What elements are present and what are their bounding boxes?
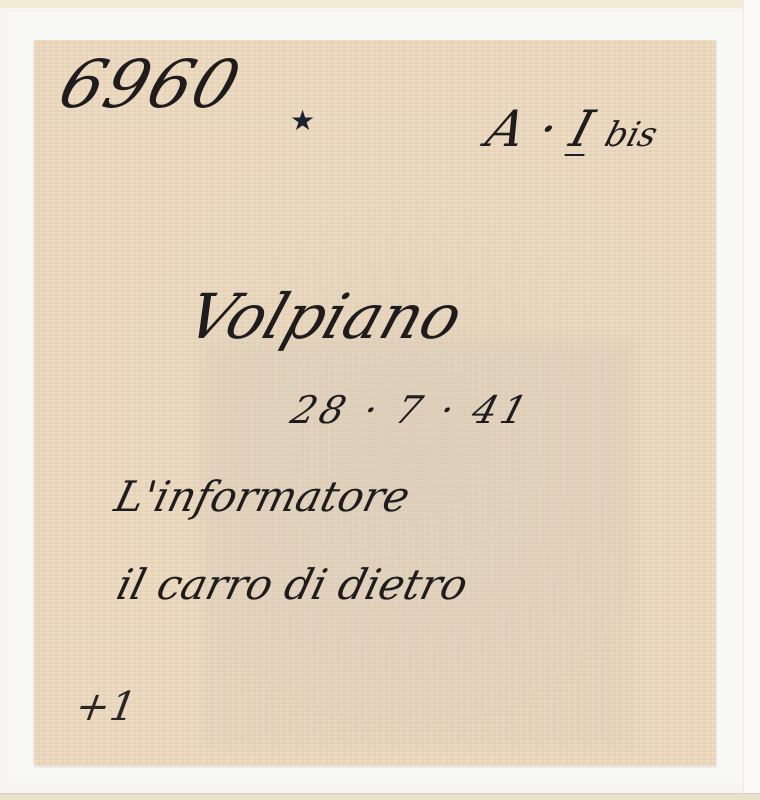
note-line: il carro di dietro — [112, 560, 473, 609]
place-name: Volpiano — [178, 280, 472, 353]
note-line: L'informatore — [110, 472, 415, 521]
catalog-number: 6960 — [50, 46, 251, 123]
star-icon: ★ — [290, 108, 316, 134]
date: 28 · 7 · 41 — [286, 388, 536, 432]
bottom-edge-strip — [0, 793, 760, 800]
shelf-mark: A · I bis — [480, 100, 666, 158]
mount-right-edge — [743, 0, 760, 800]
shelf-mark-roman: I — [564, 100, 600, 158]
top-edge-strip — [0, 0, 760, 8]
